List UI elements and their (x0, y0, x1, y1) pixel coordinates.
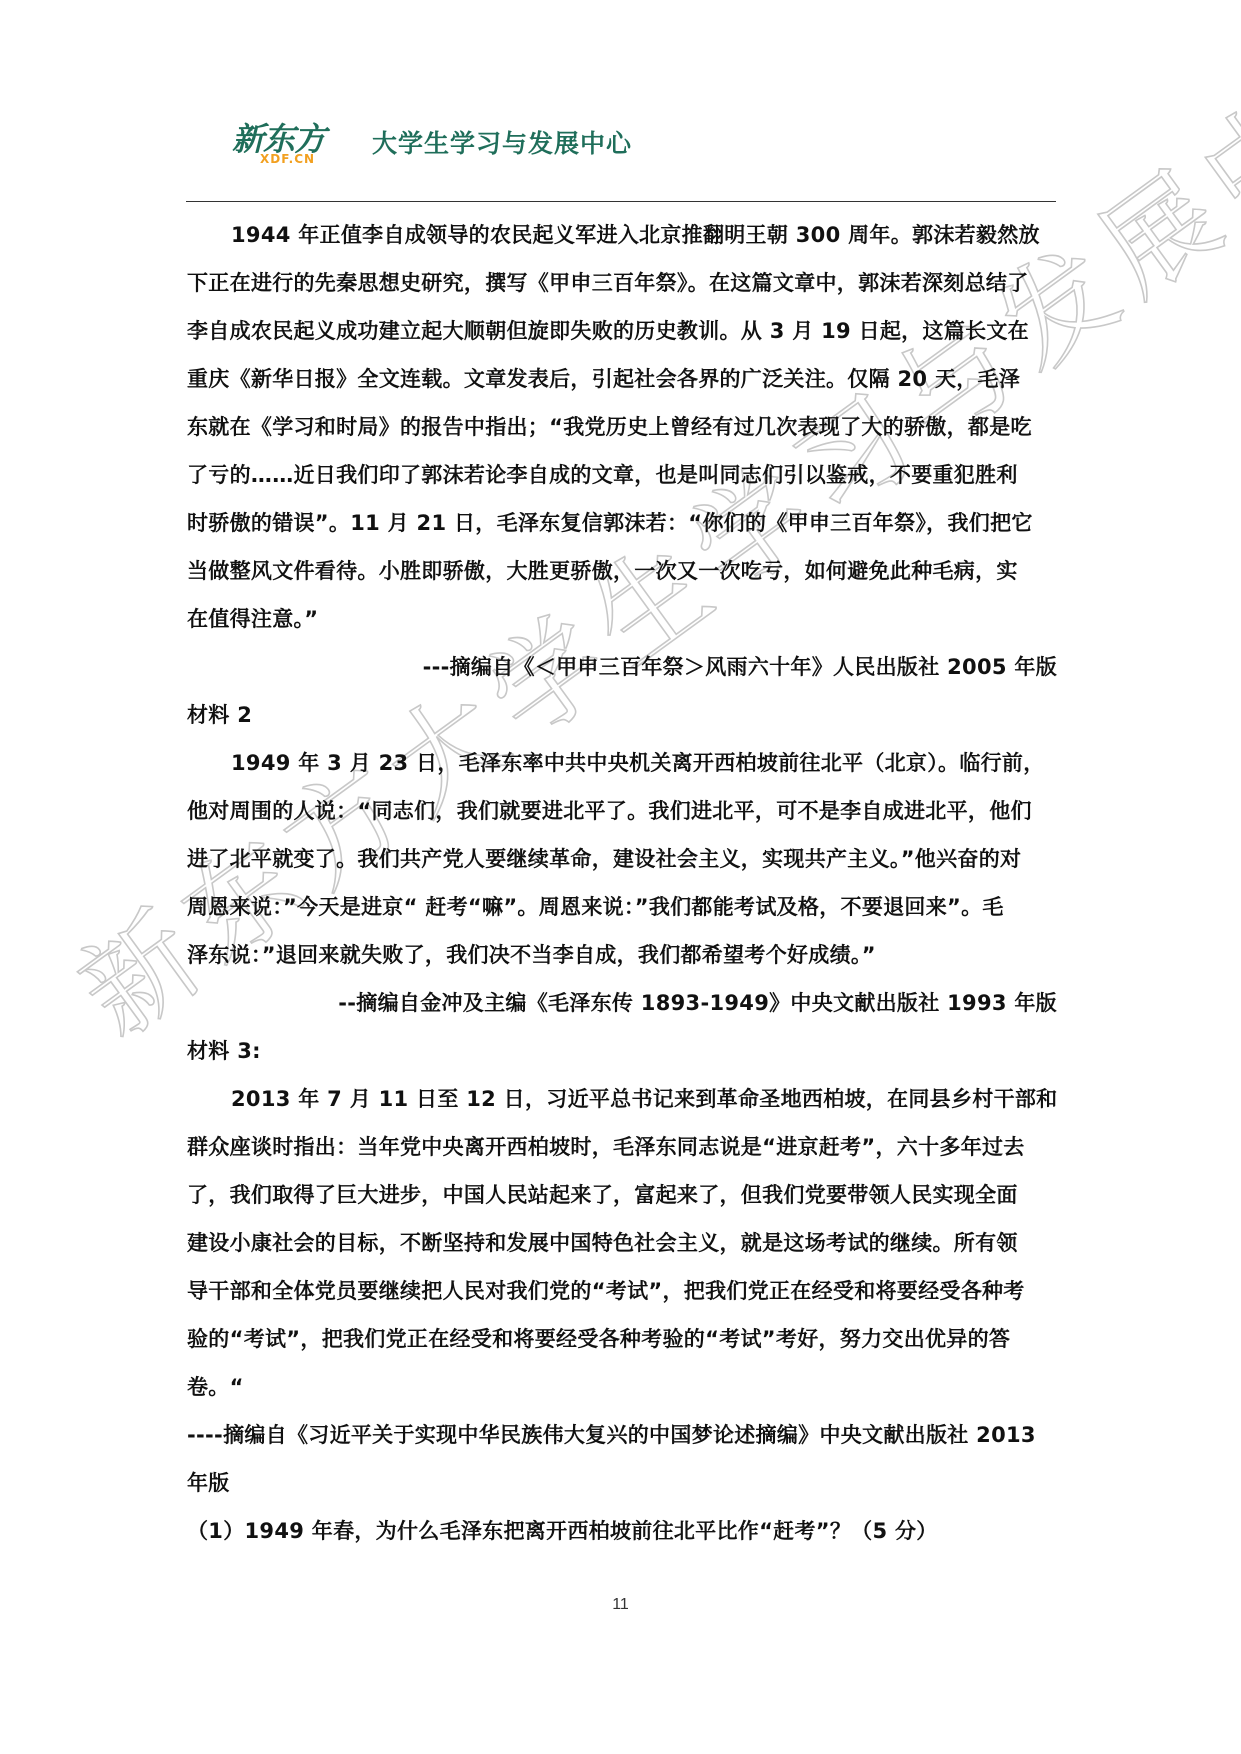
paragraph-line: 了亏的……近日我们印了郭沫若论李自成的文章，也是叫同志们引以鉴戒，不要重犯胜利 (187, 451, 1057, 499)
source-citation: ----摘编自《习近平关于实现中华民族伟大复兴的中国梦论述摘编》中央文献出版社 … (187, 1411, 1057, 1459)
paragraph-line: 当做整风文件看待。小胜即骄傲，大胜更骄傲，一次又一次吃亏，如何避免此种毛病，实 (187, 547, 1057, 595)
header-divider (186, 201, 1056, 202)
material-heading: 材料 3: (187, 1027, 1057, 1075)
paragraph-line: 群众座谈时指出：当年党中央离开西柏坡时，毛泽东同志说是“进京赶考”，六十多年过去 (187, 1123, 1057, 1171)
paragraph-line: 泽东说：”退回来就失败了，我们决不当李自成，我们都希望考个好成绩。” (187, 931, 1057, 979)
paragraph-line: 重庆《新华日报》全文连载。文章发表后，引起社会各界的广泛关注。仅隔 20 天，毛… (187, 355, 1057, 403)
paragraph-line: 李自成农民起义成功建立起大顺朝但旋即失败的历史教训。从 3 月 19 日起，这篇… (187, 307, 1057, 355)
question-1: （1）1949 年春，为什么毛泽东把离开西柏坡前往北平比作“赶考”？（5 分） (187, 1507, 1057, 1555)
document-body: 1944 年正值李自成领导的农民起义军进入北京推翻明王朝 300 周年。郭沫若毅… (187, 211, 1057, 1555)
paragraph-line: 1944 年正值李自成领导的农民起义军进入北京推翻明王朝 300 周年。郭沫若毅… (187, 211, 1057, 259)
logo-chinese: 新东方 (232, 122, 350, 156)
paragraph-line: 周恩来说：”今天是进京“ 赶考“嘛”。周恩来说：”我们都能考试及格，不要退回来”… (187, 883, 1057, 931)
paragraph-line: 进了北平就变了。我们共产党人要继续革命，建设社会主义，实现共产主义。”他兴奋的对 (187, 835, 1057, 883)
paragraph-line: 在值得注意。” (187, 595, 1057, 643)
paragraph-line: 下正在进行的先秦思想史研究，撰写《甲申三百年祭》。在这篇文章中，郭沫若深刻总结了 (187, 259, 1057, 307)
source-citation: --摘编自金冲及主编《毛泽东传 1893-1949》中央文献出版社 1993 年… (187, 979, 1057, 1027)
page-number: 11 (0, 1596, 1241, 1614)
paragraph-line: 东就在《学习和时局》的报告中指出；“我党历史上曾经有过几次表现了大的骄傲，都是吃 (187, 403, 1057, 451)
paragraph-line: 导干部和全体党员要继续把人民对我们党的“考试”，把我们党正在经受和将要经受各种考 (187, 1267, 1057, 1315)
paragraph-line: 了，我们取得了巨大进步，中国人民站起来了，富起来了，但我们党要带领人民实现全面 (187, 1171, 1057, 1219)
paragraph-line: 他对周围的人说：“同志们，我们就要进北平了。我们进北平，可不是李自成进北平，他们 (187, 787, 1057, 835)
logo-english: XDF.CN (260, 153, 315, 165)
paragraph-line: 建设小康社会的目标，不断坚持和发展中国特色社会主义，就是这场考试的继续。所有领 (187, 1219, 1057, 1267)
paragraph-line: 2013 年 7 月 11 日至 12 日，习近平总书记来到革命圣地西柏坡，在同… (187, 1075, 1057, 1123)
page-header: 新东方 XDF.CN 大学生学习与发展中心 (232, 122, 632, 170)
paragraph-line: 1949 年 3 月 23 日，毛泽东率中共中央机关离开西柏坡前往北平（北京）。… (187, 739, 1057, 787)
header-title: 大学生学习与发展中心 (372, 130, 632, 158)
source-citation: 年版 (187, 1459, 1057, 1507)
source-citation: ---摘编自《＜甲申三百年祭＞风雨六十年》人民出版社 2005 年版 (187, 643, 1057, 691)
paragraph-line: 时骄傲的错误”。11 月 21 日，毛泽东复信郭沫若：“你们的《甲申三百年祭》，… (187, 499, 1057, 547)
paragraph-line: 卷。“ (187, 1363, 1057, 1411)
material-heading: 材料 2 (187, 691, 1057, 739)
xdf-logo: 新东方 XDF.CN (232, 122, 350, 168)
paragraph-line: 验的“考试”，把我们党正在经受和将要经受各种考验的“考试”考好，努力交出优异的答 (187, 1315, 1057, 1363)
